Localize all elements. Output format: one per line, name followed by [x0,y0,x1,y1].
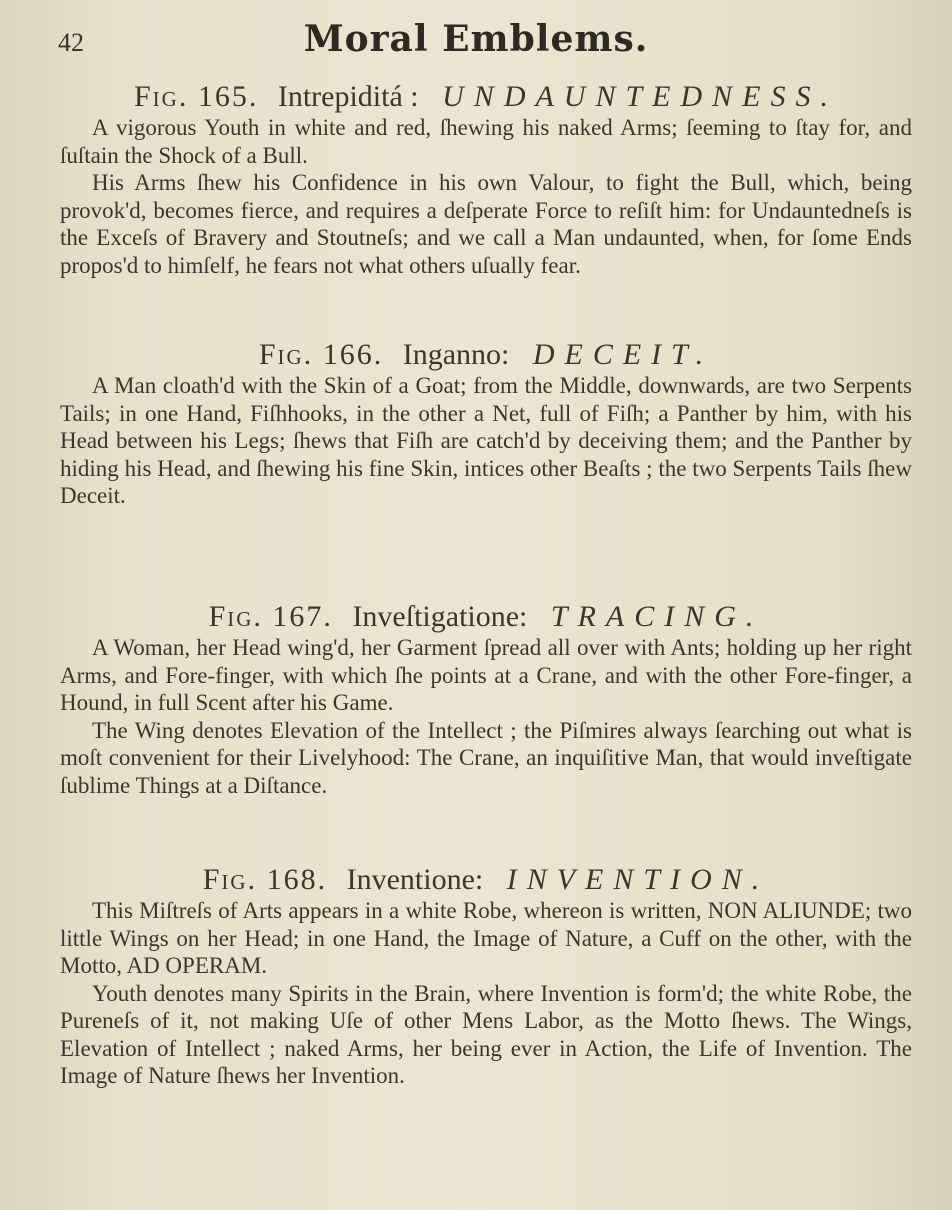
running-head: 42 Moral Emblems. [0,14,952,64]
emblem-heading: Fig. 166. Inganno: DECEIT. [60,338,912,372]
english-title: INVENTION. [507,863,770,896]
latin-title: Intrepiditá : [278,80,419,113]
latin-title: Inveſtigatione: [352,600,527,633]
emblem-section-167: Fig. 167. Inveſtigatione: TRACING. A Wom… [60,600,912,799]
english-title: DECEIT. [533,338,713,371]
emblem-description: A Woman, her Head wing'd, her Garment ſp… [60,634,912,717]
emblem-description: A Man cloath'd with the Skin of a Goat; … [60,372,912,510]
figure-number: Fig. 166. [259,338,383,371]
english-title: TRACING. [551,600,764,633]
emblem-explanation: His Arms ſhew his Confidence in his own … [60,169,912,279]
emblem-description: This Miſtreſs of Arts appears in a white… [60,897,912,980]
emblem-heading: Fig. 167. Inveſtigatione: TRACING. [60,600,912,634]
book-page: 42 Moral Emblems. Fig. 165. Intrepiditá … [0,0,952,1210]
emblem-description: A vigorous Youth in white and red, ſhewi… [60,114,912,169]
emblem-section-168: Fig. 168. Inventione: INVENTION. This Mi… [60,863,912,1090]
latin-title: Inganno: [403,338,510,371]
emblem-section-165: Fig. 165. Intrepiditá : UNDAUNTEDNESS. A… [60,80,912,279]
figure-number: Fig. 165. [134,80,258,113]
latin-title: Inventione: [347,863,484,896]
emblem-section-166: Fig. 166. Inganno: DECEIT. A Man cloath'… [60,338,912,510]
emblem-heading: Fig. 165. Intrepiditá : UNDAUNTEDNESS. [60,80,912,114]
running-title: Moral Emblems. [0,18,952,60]
figure-number: Fig. 167. [209,600,333,633]
english-title: UNDAUNTEDNESS. [442,80,838,113]
emblem-explanation: The Wing denotes Elevation of the Intell… [60,717,912,800]
emblem-explanation: Youth denotes many Spirits in the Brain,… [60,980,912,1090]
emblem-heading: Fig. 168. Inventione: INVENTION. [60,863,912,897]
figure-number: Fig. 168. [203,863,327,896]
